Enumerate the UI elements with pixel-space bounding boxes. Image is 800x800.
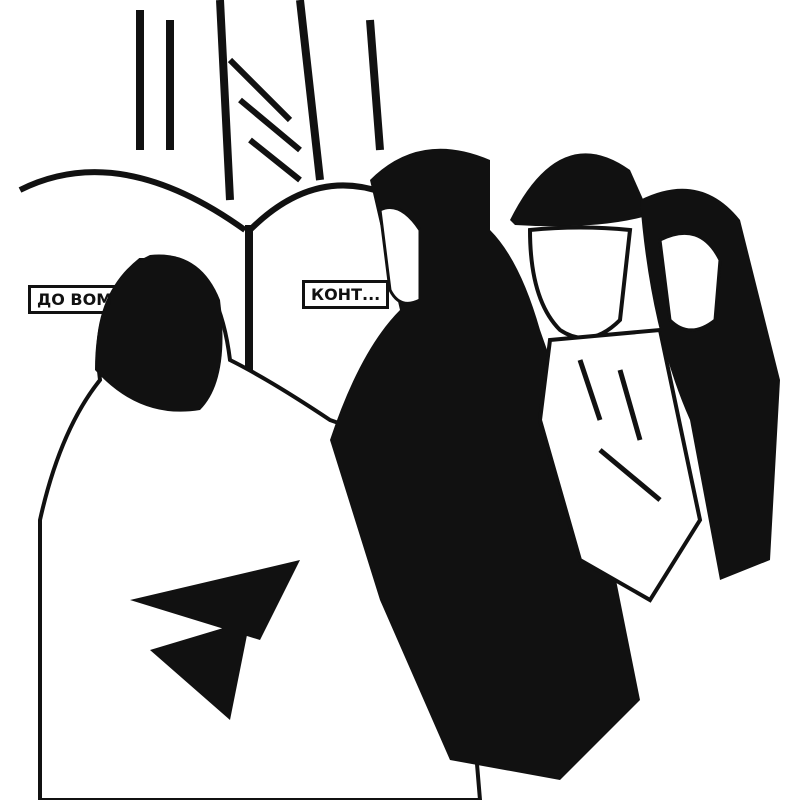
ink-drawing xyxy=(0,0,800,800)
illustration: ДО ВОМ КОНТ... xyxy=(0,0,800,800)
counter-sign-right: КОНТ... xyxy=(302,280,389,309)
counter-sign-left: ДО ВОМ xyxy=(28,285,121,314)
